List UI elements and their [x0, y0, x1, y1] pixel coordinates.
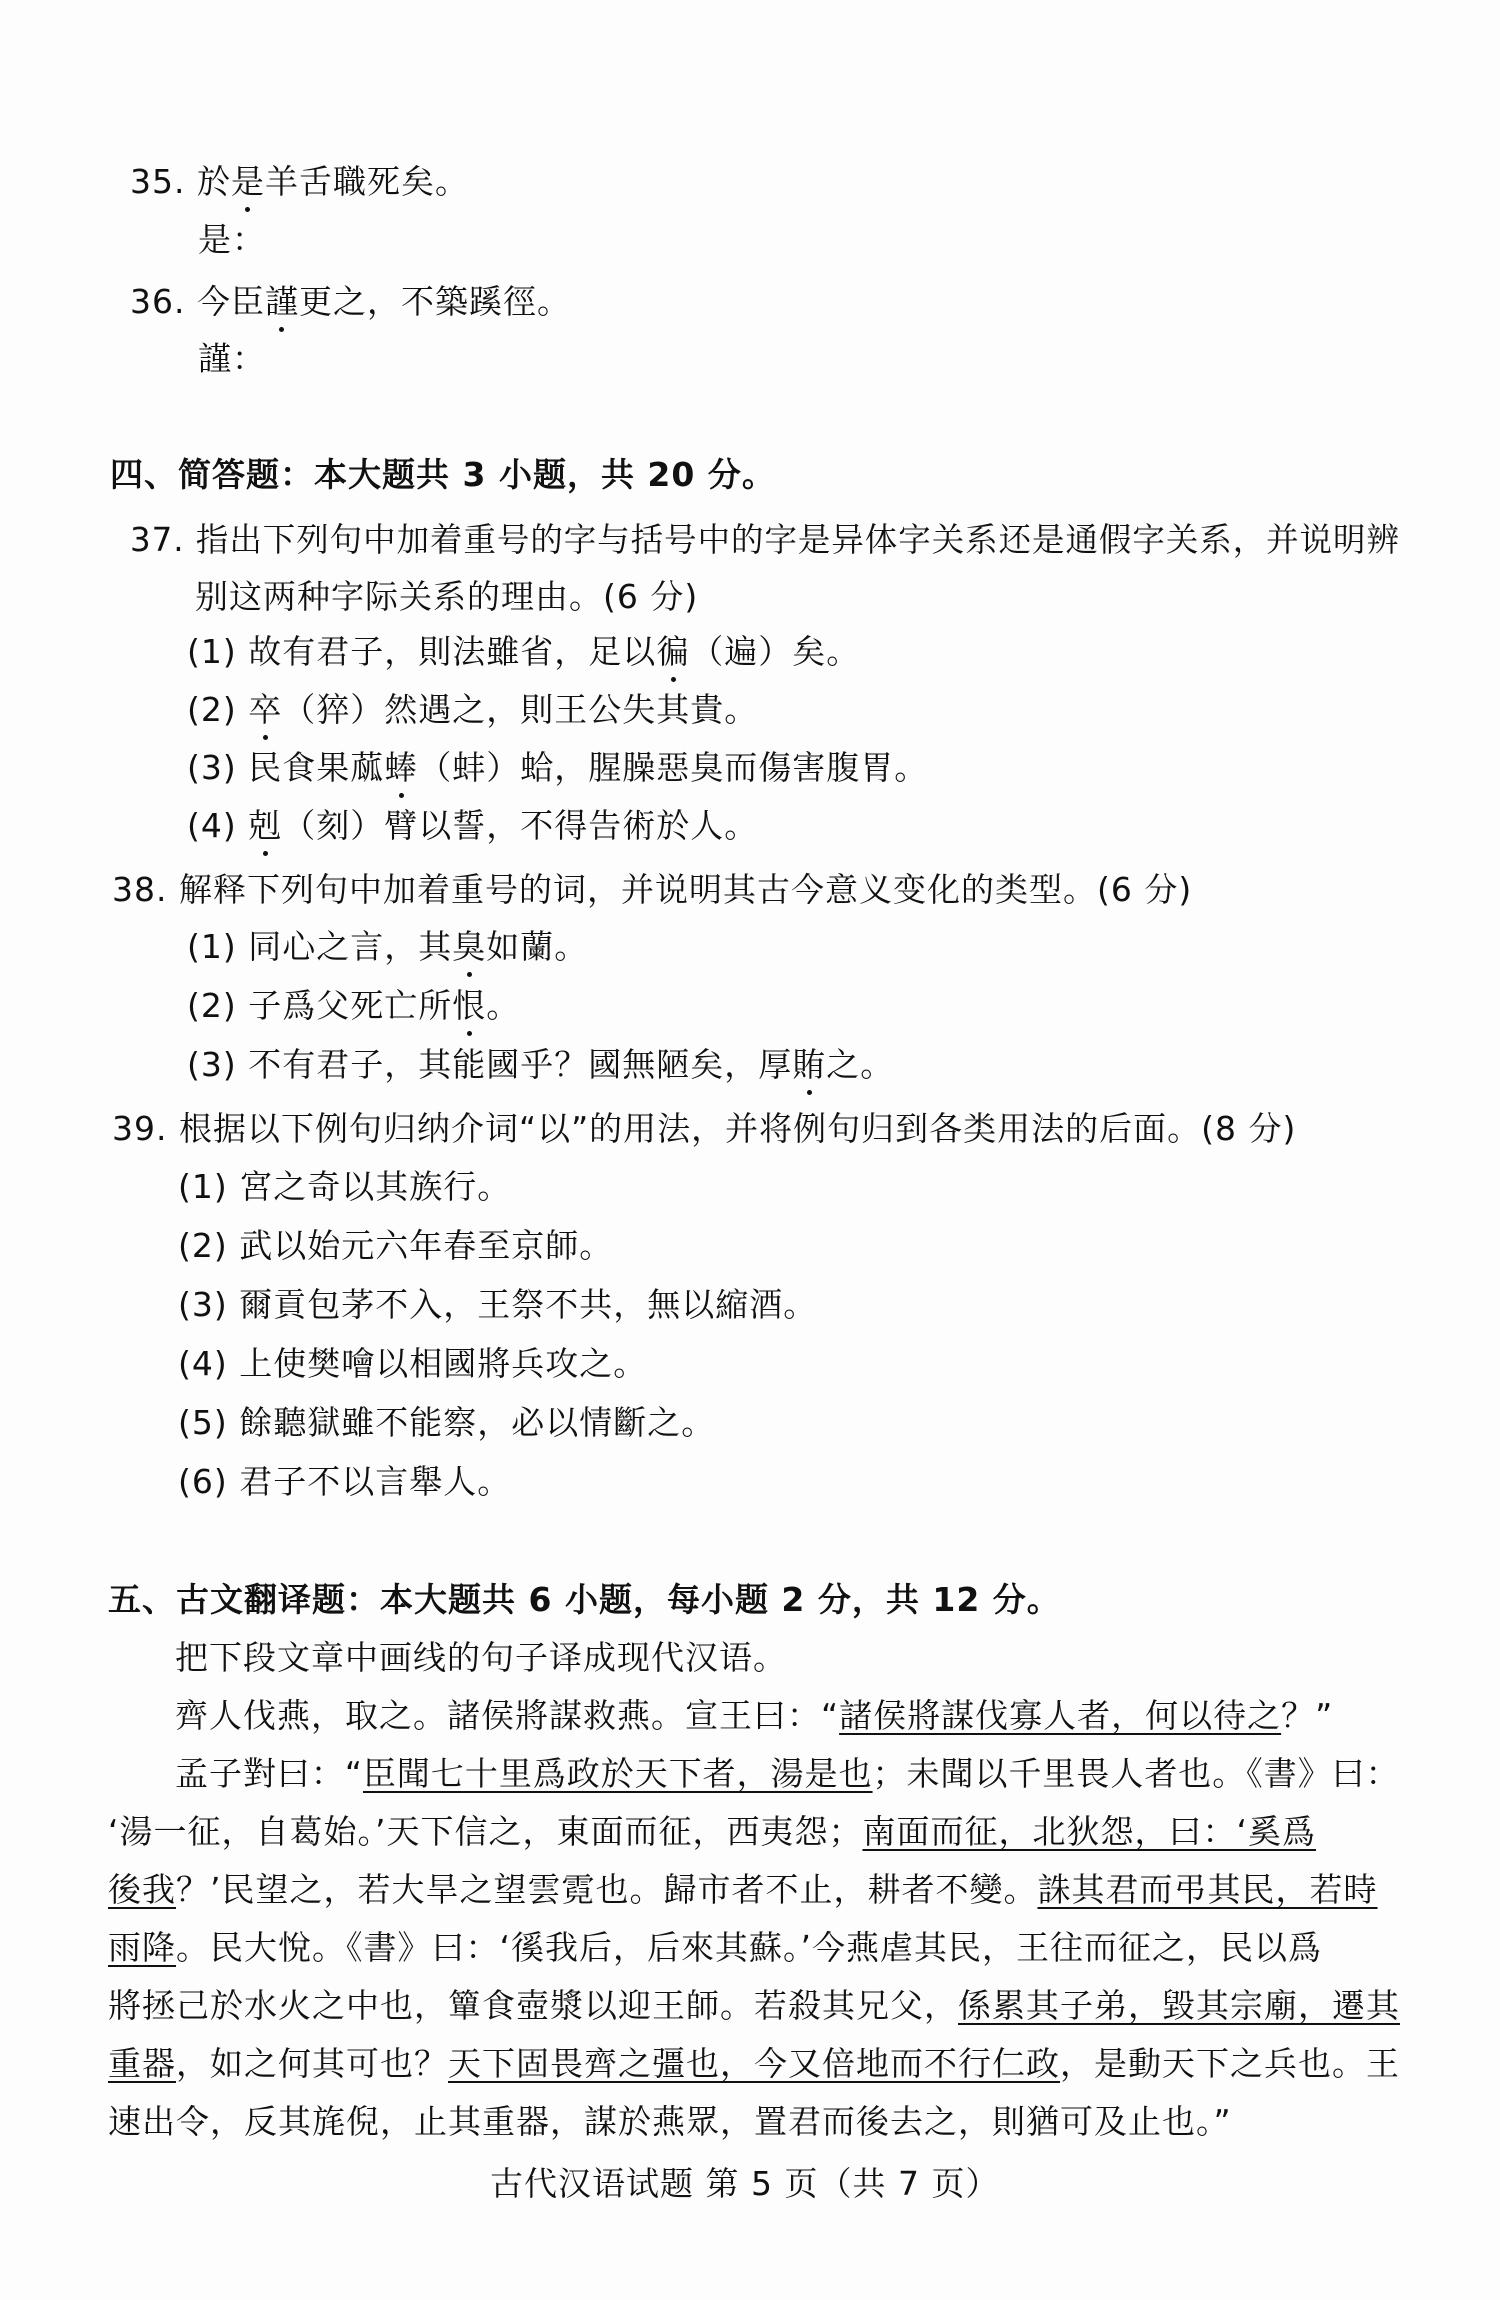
passage-line-3: ‘湯一征，自葛始。’天下信之，東面而征，西夷怨；南面而征，北狄怨，曰：‘奚爲: [108, 1810, 1316, 1854]
passage-line-8: 速出令，反其旄倪，止其重器，謀於燕眾，置君而後去之，則猶可及止也。”: [108, 2100, 1232, 2144]
underlined-sentence: 誅其君而弔其民，若時: [1038, 1870, 1378, 1909]
underlined-sentence: 天下固畏齊之彊也，今又倍地而不行仁政: [448, 2044, 1060, 2083]
underlined-sentence: 南面而征，北狄怨，曰：‘奚爲: [862, 1812, 1316, 1851]
question-39: 39. 根据以下例句归纳介词“以”的用法，并将例句归到各类用法的后面。(8 分): [112, 1107, 1296, 1151]
question-38: 38. 解释下列句中加着重号的词，并说明其古今意义变化的类型。(6 分): [112, 868, 1192, 912]
q38-item-1: (1) 同心之言，其臭如蘭。: [187, 925, 588, 969]
answer-label-35: 是：: [198, 218, 266, 262]
emphasized-char: 是: [231, 160, 265, 204]
passage-line-7: 重器，如之何其可也？天下固畏齊之彊也，今又倍地而不行仁政，是動天下之兵也。王: [108, 2042, 1400, 2086]
question-number: 37.: [130, 520, 185, 559]
q39-item-3: (3) 爾貢包茅不入，王祭不共，無以縮酒。: [178, 1283, 817, 1327]
section-5-instruction: 把下段文章中画线的句子译成现代汉语。: [175, 1636, 787, 1680]
underlined-sentence: 重器: [108, 2044, 176, 2083]
q37-item-4: (4) 剋（刻）臂以誓，不得告術於人。: [187, 804, 758, 848]
emphasized-char: 恨: [452, 984, 486, 1028]
question-36: 36. 今臣謹更之，不築蹊徑。: [130, 280, 571, 324]
underlined-sentence: 臣聞七十里爲政於天下者，湯是也: [363, 1754, 873, 1793]
passage-line-1: 齊人伐燕，取之。諸侯將謀救燕。宣王曰：“諸侯將謀伐寡人者，何以待之？”: [175, 1694, 1333, 1738]
question-35: 35. 於是羊舌職死矣。: [130, 160, 469, 204]
q37-item-3: (3) 民食果蓏蜯（蚌）蛤，腥臊惡臭而傷害腹胃。: [187, 746, 928, 790]
q38-item-2: (2) 子爲父死亡所恨。: [187, 984, 520, 1028]
q39-item-1: (1) 宮之奇以其族行。: [178, 1165, 511, 1209]
emphasized-char: 剋: [248, 804, 282, 848]
exam-page: 35. 於是羊舌職死矣。 是： 36. 今臣謹更之，不築蹊徑。 謹： 四、简答题…: [0, 0, 1500, 2300]
underlined-sentence: 後我: [108, 1870, 176, 1909]
emphasized-char: 臭: [452, 925, 486, 969]
question-37-cont: 别这两种字际关系的理由。(6 分): [195, 575, 698, 619]
emphasized-char: 謹: [265, 280, 299, 324]
q37-item-2: (2) 卒（猝）然遇之，則王公失其貴。: [187, 688, 758, 732]
underlined-sentence: 係累其子弟，毀其宗廟，遷其: [958, 1986, 1400, 2025]
emphasized-char: 卒: [248, 688, 282, 732]
passage-line-6: 將拯己於水火之中也，簞食壺漿以迎王師。若殺其兄父，係累其子弟，毀其宗廟，遷其: [108, 1984, 1400, 2028]
q37-item-1: (1) 故有君子，則法雖省，足以徧（遍）矣。: [187, 630, 860, 674]
emphasized-char: 賄: [792, 1043, 826, 1087]
emphasized-char: 蜯: [384, 746, 418, 790]
emphasized-char: 徧: [656, 630, 690, 674]
question-number: 39.: [112, 1109, 167, 1148]
question-number: 38.: [112, 870, 167, 909]
question-number: 35.: [130, 162, 185, 201]
answer-label-36: 謹：: [198, 337, 266, 381]
q39-item-2: (2) 武以始元六年春至京師。: [178, 1224, 613, 1268]
underlined-sentence: 雨降: [108, 1928, 176, 1967]
q39-item-5: (5) 餘聽獄雖不能察，必以情斷之。: [178, 1401, 715, 1445]
q39-item-6: (6) 君子不以言舉人。: [178, 1460, 511, 1504]
question-37: 37. 指出下列句中加着重号的字与括号中的字是异体字关系还是通假字关系，并说明辨: [130, 518, 1400, 562]
passage-line-5: 雨降。民大悅。《書》曰：‘徯我后，后來其蘇。’今燕虐其民，王往而征之，民以爲: [108, 1926, 1322, 1970]
section-4-heading: 四、简答题：本大题共 3 小题，共 20 分。: [110, 453, 776, 497]
section-5-heading: 五、古文翻译题：本大题共 6 小题，每小题 2 分，共 12 分。: [108, 1578, 1061, 1622]
q38-item-3: (3) 不有君子，其能國乎？國無陋矣，厚賄之。: [187, 1043, 894, 1087]
page-footer: 古代汉语试题 第 5 页（共 7 页）: [490, 2162, 999, 2206]
passage-line-2: 孟子對曰：“臣聞七十里爲政於天下者，湯是也；未聞以千里畏人者也。《書》曰：: [175, 1752, 1400, 1796]
q39-item-4: (4) 上使樊噲以相國將兵攻之。: [178, 1342, 647, 1386]
passage-line-4: 後我？’民望之，若大旱之望雲霓也。歸市者不止，耕者不變。誅其君而弔其民，若時: [108, 1868, 1378, 1912]
underlined-sentence: 諸侯將謀伐寡人者，何以待之: [839, 1696, 1281, 1735]
question-number: 36.: [130, 282, 185, 321]
